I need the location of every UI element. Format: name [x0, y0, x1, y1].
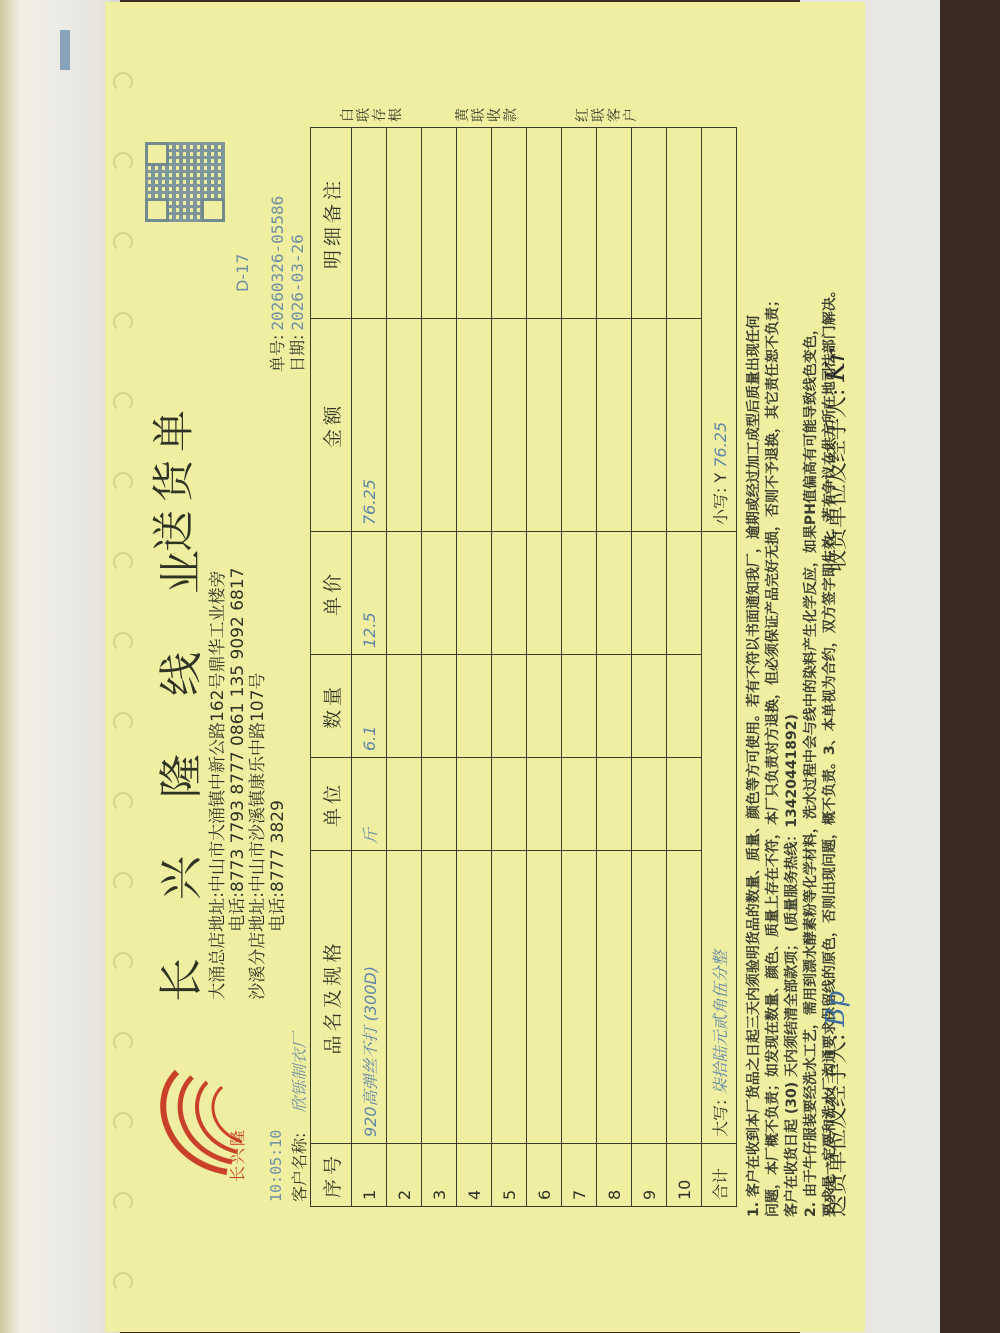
copy-label-red: 红联客户 — [575, 104, 639, 122]
copy-label-white: 白联存根 — [340, 104, 404, 122]
receiver-signature: 收货单位及经手人: Kr — [820, 349, 851, 571]
sender-signature: 送货单位及经手人: Bp — [820, 990, 851, 1216]
table-row: 6 — [527, 127, 562, 1206]
branch-phone: 电话:8777 3829 — [263, 800, 288, 1002]
amount-in-figures: 76.25 — [711, 421, 730, 467]
table-row: 7 — [562, 127, 597, 1206]
total-row: 合计 大写: 柒拾陆元贰角伍分整 小写: Y 76.25 — [702, 127, 737, 1206]
delivery-note-photo: 长兴隆 长 兴 隆 线 业 送货单 大涌总店地址:中山市大涌镇中新公路162号鼎… — [95, 0, 875, 1333]
customer-name: 客户名称:欣铄制衣厂 — [287, 1032, 310, 1201]
table-row: 3 — [422, 127, 457, 1206]
company-name: 长 兴 隆 线 业 — [145, 528, 209, 1002]
logo-text: 长兴隆 — [225, 1127, 248, 1181]
document-title: 送货单 — [141, 401, 201, 551]
amount-in-words: 柒拾陆元贰角伍分整 — [711, 950, 730, 1094]
print-time: 10:05:10 — [267, 1129, 285, 1201]
order-date: 日期:2026-03-26 — [285, 234, 308, 372]
table-row: 10 — [667, 127, 702, 1206]
copy-label-yellow: 黄联收款 — [455, 104, 519, 122]
stamp-code: D-17 — [233, 253, 252, 291]
table-row: 2 — [387, 127, 422, 1206]
table-row: 4 — [457, 127, 492, 1206]
table-row: 8 — [597, 127, 632, 1206]
qr-code-icon — [145, 142, 225, 222]
edge-tab — [60, 30, 70, 70]
table-row: 5 — [492, 127, 527, 1206]
table-header: 序号 品名及规格 单位 数量 单价 金额 明细备注 — [311, 127, 352, 1206]
perforation-holes — [113, 2, 133, 1332]
items-table: 序号 品名及规格 单位 数量 单价 金额 明细备注 1 920高弹丝不打 (30… — [310, 127, 737, 1207]
delivery-note: 长兴隆 长 兴 隆 线 业 送货单 大涌总店地址:中山市大涌镇中新公路162号鼎… — [105, 2, 865, 1332]
table-row: 1 920高弹丝不打 (300D) 斤 6.1 12.5 76.25 — [352, 127, 387, 1206]
table-row: 9 — [632, 127, 667, 1206]
